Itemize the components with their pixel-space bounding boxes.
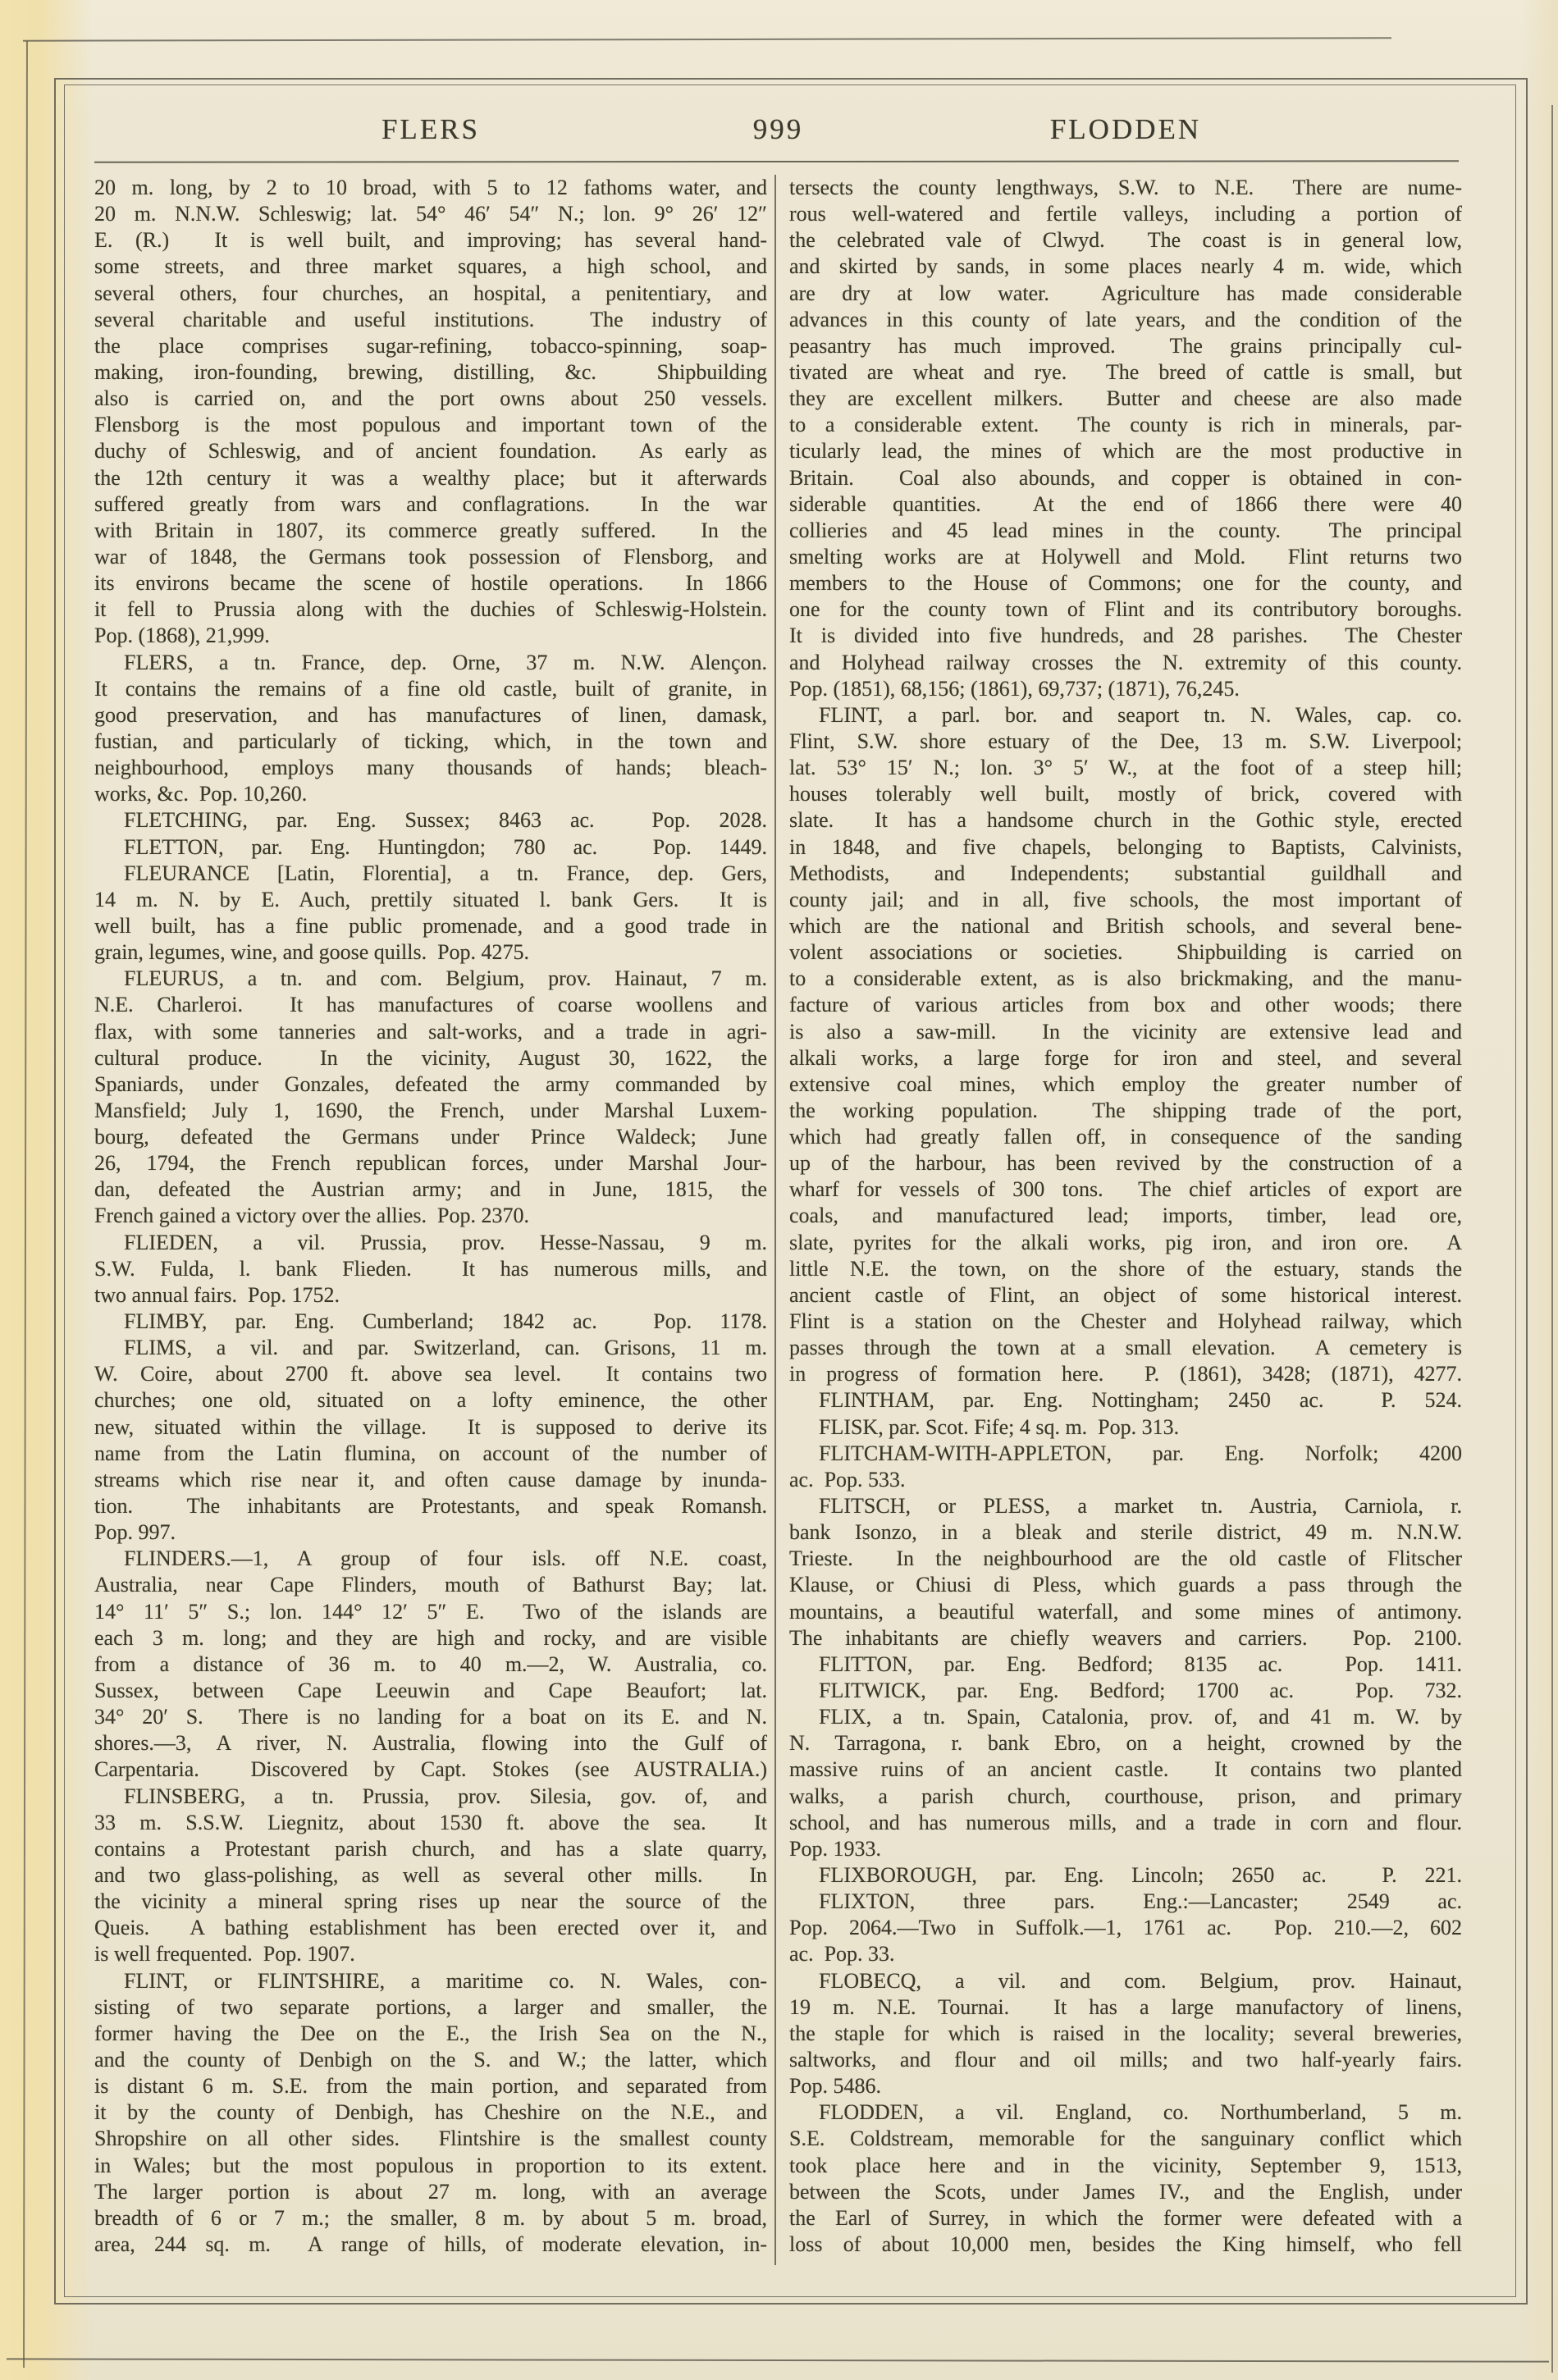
text-line: well built, has a fine public promenade,…: [94, 913, 767, 939]
text-line: also is carried on, and the port owns ab…: [94, 386, 767, 412]
text-line: FLIX, a tn. Spain, Catalonia, prov. of, …: [789, 1704, 1462, 1730]
running-header: FLERS 999 FLODDEN: [94, 113, 1462, 158]
text-line: ticularly lead, the mines of which are t…: [789, 438, 1462, 464]
text-line: The inhabitants are chiefly weavers and …: [789, 1625, 1462, 1651]
text-line: FLITCHAM-WITH-APPLETON, par. Eng. Norfol…: [789, 1441, 1462, 1467]
text-line: facture of various articles from box and…: [789, 992, 1462, 1018]
text-line: neighbourhood, employs many thousands of…: [94, 755, 767, 781]
text-line: N.E. Charleroi. It has manufactures of c…: [94, 992, 767, 1018]
text-line: fustian, and particularly of ticking, wh…: [94, 729, 767, 755]
text-line: FLISK, par. Scot. Fife; 4 sq. m. Pop. 31…: [789, 1414, 1462, 1441]
text-line: area, 244 sq. m. A range of hills, of mo…: [94, 2232, 767, 2258]
scanned-page: FLERS 999 FLODDEN 20 m. long, by 2 to 10…: [0, 0, 1558, 2380]
text-line: county jail; and in all, five schools, t…: [789, 887, 1462, 913]
text-line: 14° 11′ 5″ S.; lon. 144° 12′ 5″ E. Two o…: [94, 1599, 767, 1625]
text-line: the working population. The shipping tra…: [789, 1098, 1462, 1124]
text-line: bourg, defeated the Germans under Prince…: [94, 1124, 767, 1150]
text-line: contains a Protestant parish church, and…: [94, 1836, 767, 1862]
text-line: tion. The inhabitants are Protestants, a…: [94, 1493, 767, 1519]
text-line: French gained a victory over the allies.…: [94, 1203, 767, 1229]
text-line: Klause, or Chiusi di Pless, which guards…: [789, 1572, 1462, 1598]
text-line: tersects the county lengthways, S.W. to …: [789, 175, 1462, 201]
text-line: Pop. 5486.: [789, 2073, 1462, 2099]
text-line: Pop. (1851), 68,156; (1861), 69,737; (18…: [789, 676, 1462, 702]
text-line: rous well-watered and fertile valleys, i…: [789, 201, 1462, 227]
text-line: FLIMBY, par. Eng. Cumberland; 1842 ac. P…: [94, 1309, 767, 1335]
text-line: Methodists, and Independents; substantia…: [789, 861, 1462, 887]
text-line: Pop. 997.: [94, 1519, 767, 1546]
text-line: good preservation, and has manufactures …: [94, 702, 767, 729]
text-line: the Earl of Surrey, in which the former …: [789, 2205, 1462, 2232]
header-right-title: FLODDEN: [789, 113, 1462, 146]
text-line: walks, a parish church, courthouse, pris…: [789, 1784, 1462, 1810]
text-line: and two glass-polishing, as well as seve…: [94, 1862, 767, 1889]
text-line: shores.—3, A river, N. Australia, flowin…: [94, 1730, 767, 1756]
text-line: siderable quantities. At the end of 1866…: [789, 491, 1462, 518]
text-line: with Britain in 1807, its commerce great…: [94, 518, 767, 544]
text-line: wharf for vessels of 300 tons. The chief…: [789, 1176, 1462, 1203]
text-line: new, situated within the village. It is …: [94, 1414, 767, 1441]
text-line: duchy of Schleswig, and of ancient found…: [94, 438, 767, 464]
text-line: FLETTON, par. Eng. Huntingdon; 780 ac. P…: [94, 834, 767, 861]
text-line: making, iron-founding, brewing, distilli…: [94, 359, 767, 386]
text-line: from a distance of 36 m. to 40 m.—2, W. …: [94, 1651, 767, 1678]
text-line: former having the Dee on the E., the Iri…: [94, 2021, 767, 2047]
text-line: Queis. A bathing establishment has been …: [94, 1915, 767, 1941]
text-line: alkali works, a large forge for iron and…: [789, 1045, 1462, 1071]
text-line: mountains, a beautiful waterfall, and so…: [789, 1599, 1462, 1625]
text-line: Australia, near Cape Flinders, mouth of …: [94, 1572, 767, 1598]
text-line: is also a saw-mill. In the vicinity are …: [789, 1019, 1462, 1045]
text-line: FLITSCH, or PLESS, a market tn. Austria,…: [789, 1493, 1462, 1519]
text-line: W. Coire, about 2700 ft. above sea level…: [94, 1361, 767, 1387]
text-line: which had greatly fallen off, in consequ…: [789, 1124, 1462, 1150]
text-line: FLIXTON, three pars. Eng.:—Lancaster; 25…: [789, 1889, 1462, 1915]
text-line: dan, defeated the Austrian army; and in …: [94, 1176, 767, 1203]
text-line: between the Scots, under James IV., and …: [789, 2179, 1462, 2205]
text-line: the vicinity a mineral spring rises up n…: [94, 1889, 767, 1915]
text-line: Pop. (1868), 21,999.: [94, 623, 767, 649]
text-line: war of 1848, the Germans took possession…: [94, 544, 767, 570]
text-line: peasantry has much improved. The grains …: [789, 333, 1462, 359]
text-line: to a considerable extent. The county is …: [789, 412, 1462, 438]
text-line: FLIEDEN, a vil. Prussia, prov. Hesse-Nas…: [94, 1230, 767, 1256]
text-line: FLETCHING, par. Eng. Sussex; 8463 ac. Po…: [94, 807, 767, 834]
text-line: 19 m. N.E. Tournai. It has a large manuf…: [789, 1994, 1462, 2021]
text-line: Carpentaria. Discovered by Capt. Stokes …: [94, 1756, 767, 1783]
text-body: 20 m. long, by 2 to 10 broad, with 5 to …: [94, 175, 1462, 2265]
text-line: FLEURANCE [Latin, Florentia], a tn. Fran…: [94, 861, 767, 887]
text-line: Britain. Coal also abounds, and copper i…: [789, 465, 1462, 491]
text-line: name from the Latin flumina, on account …: [94, 1441, 767, 1467]
text-line: Flensborg is the most populous and impor…: [94, 412, 767, 438]
text-line: they are excellent milkers. Butter and c…: [789, 386, 1462, 412]
text-line: and Holyhead railway crosses the N. extr…: [789, 650, 1462, 676]
text-line: extensive coal mines, which employ the g…: [789, 1071, 1462, 1098]
text-line: Trieste. In the neighbourhood are the ol…: [789, 1546, 1462, 1572]
text-line: works, &c. Pop. 10,260.: [94, 781, 767, 807]
text-column-right: tersects the county lengthways, S.W. to …: [789, 175, 1462, 2265]
text-line: The larger portion is about 27 m. long, …: [94, 2179, 767, 2205]
text-line: 33 m. S.S.W. Liegnitz, about 1530 ft. ab…: [94, 1810, 767, 1836]
text-line: passes through the town at a small eleva…: [789, 1335, 1462, 1361]
text-line: lat. 53° 15′ N.; lon. 3° 5′ W., at the f…: [789, 755, 1462, 781]
text-line: each 3 m. long; and they are high and ro…: [94, 1625, 767, 1651]
page-edge-line-top: [23, 37, 1391, 41]
text-line: suffered greatly from wars and conflagra…: [94, 491, 767, 518]
text-line: school, and has numerous mills, and a tr…: [789, 1810, 1462, 1836]
text-line: in 1848, and five chapels, belonging to …: [789, 834, 1462, 861]
text-line: the celebrated vale of Clwyd. The coast …: [789, 227, 1462, 254]
text-line: advances in this county of late years, a…: [789, 307, 1462, 333]
page-edge-line-bottom: [7, 2358, 1549, 2362]
text-line: Mansfield; July 1, 1690, the French, und…: [94, 1098, 767, 1124]
text-line: Spaniards, under Gonzales, defeated the …: [94, 1071, 767, 1098]
text-line: Flint, S.W. shore estuary of the Dee, 13…: [789, 729, 1462, 755]
text-line: Shropshire on all other sides. Flintshir…: [94, 2126, 767, 2152]
text-line: up of the harbour, has been revived by t…: [789, 1150, 1462, 1176]
text-line: flax, with some tanneries and salt-works…: [94, 1019, 767, 1045]
text-line: two annual fairs. Pop. 1752.: [94, 1282, 767, 1309]
text-line: streams which rise near it, and often ca…: [94, 1467, 767, 1493]
text-line: FLINSBERG, a tn. Prussia, prov. Silesia,…: [94, 1784, 767, 1810]
page-edge-line-left: [23, 41, 28, 2368]
text-line: breadth of 6 or 7 m.; the smaller, 8 m. …: [94, 2205, 767, 2232]
text-line: churches; one old, situated on a lofty e…: [94, 1387, 767, 1414]
text-line: and the county of Denbigh on the S. and …: [94, 2047, 767, 2073]
text-line: is distant 6 m. S.E. from the main porti…: [94, 2073, 767, 2099]
text-line: it fell to Prussia along with the duchie…: [94, 596, 767, 623]
text-column-left: 20 m. long, by 2 to 10 broad, with 5 to …: [94, 175, 767, 2265]
page-edge-line-right: [1551, 105, 1553, 2373]
text-line: massive ruins of an ancient castle. It c…: [789, 1756, 1462, 1783]
text-line: saltworks, and flour and oil mills; and …: [789, 2047, 1462, 2073]
text-line: FLITWICK, par. Eng. Bedford; 1700 ac. Po…: [789, 1678, 1462, 1704]
text-line: loss of about 10,000 men, besides the Ki…: [789, 2232, 1462, 2258]
text-line: to a considerable extent, as is also bri…: [789, 966, 1462, 992]
text-line: slate, pyrites for the alkali works, pig…: [789, 1230, 1462, 1256]
text-line: FLEURUS, a tn. and com. Belgium, prov. H…: [94, 966, 767, 992]
text-line: volent associations or societies. Shipbu…: [789, 939, 1462, 966]
text-line: little N.E. the town, on the shore of th…: [789, 1256, 1462, 1282]
text-line: coals, and manufactured lead; imports, t…: [789, 1203, 1462, 1229]
text-line: some streets, and three market squares, …: [94, 254, 767, 280]
text-line: took place here and in the vicinity, Sep…: [789, 2153, 1462, 2179]
text-line: Pop. 2064.—Two in Suffolk.—1, 1761 ac. P…: [789, 1915, 1462, 1941]
text-line: 20 m. N.N.W. Schleswig; lat. 54° 46′ 54″…: [94, 201, 767, 227]
text-line: ac. Pop. 33.: [789, 1941, 1462, 1967]
text-line: smelting works are at Holywell and Mold.…: [789, 544, 1462, 570]
text-line: Pop. 1933.: [789, 1836, 1462, 1862]
text-line: It is divided into five hundreds, and 28…: [789, 623, 1462, 649]
text-line: houses tolerably well built, mostly of b…: [789, 781, 1462, 807]
text-line: bank Isonzo, in a bleak and sterile dist…: [789, 1519, 1462, 1546]
text-line: the place comprises sugar-refining, toba…: [94, 333, 767, 359]
text-line: FLODDEN, a vil. England, co. Northumberl…: [789, 2099, 1462, 2126]
text-line: is well frequented. Pop. 1907.: [94, 1941, 767, 1967]
text-line: 26, 1794, the French republican forces, …: [94, 1150, 767, 1176]
text-line: the staple for which is raised in the lo…: [789, 2021, 1462, 2047]
text-line: 34° 20′ S. There is no landing for a boa…: [94, 1704, 767, 1730]
column-divider: [774, 175, 776, 2265]
text-line: tivated are wheat and rye. The breed of …: [789, 359, 1462, 386]
text-line: Sussex, between Cape Leeuwin and Cape Be…: [94, 1678, 767, 1704]
text-line: ancient castle of Flint, an object of so…: [789, 1282, 1462, 1309]
text-line: cultural produce. In the vicinity, Augus…: [94, 1045, 767, 1071]
text-line: S.E. Coldstream, memorable for the sangu…: [789, 2126, 1462, 2152]
text-line: FLINDERS.—1, A group of four isls. off N…: [94, 1546, 767, 1572]
text-line: FLERS, a tn. France, dep. Orne, 37 m. N.…: [94, 650, 767, 676]
text-line: FLIMS, a vil. and par. Switzerland, can.…: [94, 1335, 767, 1361]
text-line: 20 m. long, by 2 to 10 broad, with 5 to …: [94, 175, 767, 201]
text-line: FLITTON, par. Eng. Bedford; 8135 ac. Pop…: [789, 1651, 1462, 1678]
text-line: which are the national and British schoo…: [789, 913, 1462, 939]
text-line: members to the House of Commons; one for…: [789, 570, 1462, 596]
text-line: in Wales; but the most populous in propo…: [94, 2153, 767, 2179]
text-line: the 12th century it was a wealthy place;…: [94, 465, 767, 491]
text-line: are dry at low water. Agriculture has ma…: [789, 281, 1462, 307]
text-line: FLIXBOROUGH, par. Eng. Lincoln; 2650 ac.…: [789, 1862, 1462, 1889]
text-line: one for the county town of Flint and its…: [789, 596, 1462, 623]
text-line: Flint is a station on the Chester and Ho…: [789, 1309, 1462, 1335]
text-line: collieries and 45 lead mines in the coun…: [789, 518, 1462, 544]
text-line: FLINT, a parl. bor. and seaport tn. N. W…: [789, 702, 1462, 729]
text-line: grain, legumes, wine, and goose quills. …: [94, 939, 767, 966]
text-line: 14 m. N. by E. Auch, prettily situated l…: [94, 887, 767, 913]
text-line: FLINTHAM, par. Eng. Nottingham; 2450 ac.…: [789, 1387, 1462, 1414]
text-line: it by the county of Denbigh, has Cheshir…: [94, 2099, 767, 2126]
text-line: It contains the remains of a fine old ca…: [94, 676, 767, 702]
text-line: FLINT, or FLINTSHIRE, a maritime co. N. …: [94, 1968, 767, 1994]
text-line: sisting of two separate portions, a larg…: [94, 1994, 767, 2021]
text-line: its environs became the scene of hostile…: [94, 570, 767, 596]
text-line: S.W. Fulda, l. bank Flieden. It has nume…: [94, 1256, 767, 1282]
text-line: ac. Pop. 533.: [789, 1467, 1462, 1493]
text-line: E. (R.) It is well built, and improving;…: [94, 227, 767, 254]
text-line: in progress of formation here. P. (1861)…: [789, 1361, 1462, 1387]
text-line: FLOBECQ, a vil. and com. Belgium, prov. …: [789, 1968, 1462, 1994]
text-line: and skirted by sands, in some places nea…: [789, 254, 1462, 280]
text-line: N. Tarragona, r. bank Ebro, on a height,…: [789, 1730, 1462, 1756]
text-line: several others, four churches, an hospit…: [94, 281, 767, 307]
text-line: several charitable and useful institutio…: [94, 307, 767, 333]
text-line: slate. It has a handsome church in the G…: [789, 807, 1462, 834]
